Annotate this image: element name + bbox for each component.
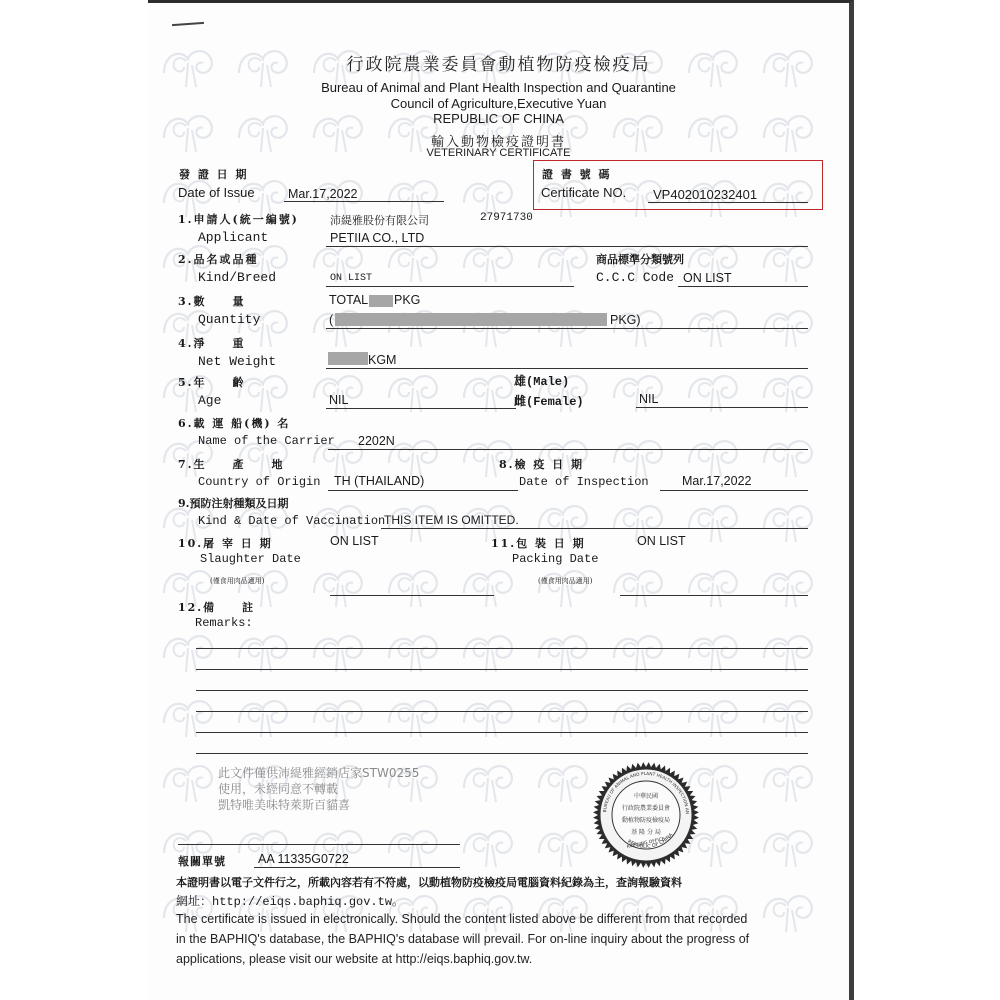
watermark-motif	[760, 888, 818, 934]
watermark-motif	[760, 823, 818, 869]
watermark-motif	[685, 563, 743, 609]
svg-text:基 隆 分 局: 基 隆 分 局	[631, 828, 661, 836]
slaughter-note: (僅食用肉品適用)	[210, 576, 264, 586]
underline	[326, 246, 808, 247]
distributor-note: 此文件僅供沛緹雅經銷店家STW0255 使用，未經同意不轉載 凱特唯美味特萊斯百…	[218, 765, 419, 813]
vaccination-value: THIS ITEM IS OMITTED.	[384, 513, 519, 527]
packing-value: ON LIST	[637, 534, 686, 548]
footer-notice-en-2: in the BAPHIQ's database, the BAPHIQ's d…	[176, 929, 749, 949]
certificate-number-label: Certificate NO.	[541, 185, 626, 200]
underline	[328, 490, 518, 491]
certificate-title-en: VETERINARY CERTIFICATE	[148, 147, 849, 159]
packing-label: Packing Date	[512, 552, 598, 566]
watermark-motif	[310, 563, 368, 609]
watermark-motif	[760, 433, 818, 479]
remarks-line	[196, 753, 808, 754]
distributor-note-line: 使用，未經同意不轉載	[218, 781, 419, 797]
applicant-name-zh: 沛緹雅股份有限公司	[330, 212, 429, 228]
quantity-label-zh: 3.數 量	[178, 293, 245, 309]
certificate-number-label-zh: 證 書 號 碼	[542, 166, 612, 182]
underline	[620, 595, 808, 596]
remarks-line	[196, 711, 808, 712]
packing-note: (僅食用肉品適用)	[538, 576, 592, 586]
watermark-motif	[310, 303, 368, 349]
ccc-label: C.C.C Code	[596, 270, 674, 285]
inspection-value: Mar.17,2022	[682, 474, 752, 488]
watermark-motif	[760, 758, 818, 804]
redacted-block	[335, 313, 607, 326]
watermark-motif	[610, 433, 668, 479]
footer-notice-en-1: The certificate is issued in electronica…	[176, 909, 747, 929]
watermark-motif	[685, 433, 743, 479]
watermark-motif	[535, 238, 593, 284]
applicant-tax-id: 27971730	[480, 212, 533, 224]
net-weight-label: Net Weight	[198, 354, 276, 369]
watermark-motif	[610, 628, 668, 674]
footer-notice-zh: 本證明書以電子文件行之，所載內容若有不符處，以動植物防疫檢疫局電腦資料紀錄為主，…	[176, 874, 682, 890]
age-label: Age	[198, 393, 221, 408]
male-label: 雄(Male)	[514, 372, 569, 389]
packing-label-zh: 11.包 裝 日 期	[491, 535, 586, 551]
watermark-motif	[310, 628, 368, 674]
vaccination-label: Kind & Date of Vaccination	[198, 514, 385, 528]
watermark-motif	[160, 628, 218, 674]
agency-title-zh: 行政院農業委員會動植物防疫檢疫局	[148, 50, 849, 75]
underline	[326, 328, 808, 329]
svg-text:動植物防疫檢疫局: 動植物防疫檢疫局	[622, 816, 670, 824]
watermark-motif	[760, 238, 818, 284]
watermark-motif	[760, 303, 818, 349]
remarks-line	[196, 690, 808, 691]
watermark-motif	[460, 303, 518, 349]
watermark-motif	[535, 823, 593, 869]
origin-label: Country of Origin	[198, 475, 320, 489]
origin-value: TH (THAILAND)	[334, 474, 424, 488]
watermark-motif	[760, 498, 818, 544]
applicant-label: Applicant	[198, 230, 268, 245]
divider	[178, 844, 460, 845]
watermark-motif	[385, 628, 443, 674]
watermark-motif	[385, 303, 443, 349]
remarks-line	[196, 669, 808, 670]
quantity-detail-suffix: PKG)	[610, 313, 641, 327]
distributor-note-line: 凱特唯美味特萊斯百貓喜	[218, 797, 419, 813]
agency-title-en: Bureau of Animal and Plant Health Inspec…	[148, 80, 849, 95]
date-of-issue-value: Mar.17,2022	[288, 187, 358, 201]
remarks-line	[196, 732, 808, 733]
customs-number-value: AA 11335G0722	[258, 852, 349, 866]
ccc-value: ON LIST	[683, 271, 732, 285]
underline	[328, 449, 808, 450]
quantity-total-prefix: TOTAL:	[329, 293, 372, 307]
sex-value: NIL	[639, 392, 658, 406]
watermark-motif	[460, 823, 518, 869]
footer-notice-en-3: applications, please visit our website a…	[176, 949, 532, 969]
quantity-label: Quantity	[198, 312, 260, 327]
watermark-motif	[235, 628, 293, 674]
inspection-label: Date of Inspection	[519, 475, 649, 489]
age-label-zh: 5.年 齡	[178, 374, 245, 390]
watermark-motif	[460, 628, 518, 674]
age-value: NIL	[329, 393, 348, 407]
inspection-label-zh: 8.檢 疫 日 期	[499, 456, 584, 472]
underline	[284, 201, 444, 202]
watermark-motif	[535, 563, 593, 609]
origin-label-zh: 7.生 產 地	[178, 456, 284, 472]
underline	[648, 202, 808, 203]
watermark-motif	[460, 758, 518, 804]
net-weight-suffix: KGM	[368, 353, 396, 367]
remarks-label-zh: 12.備 註	[178, 599, 255, 615]
slaughter-label: Slaughter Date	[200, 552, 301, 566]
svg-text:行政院農業委員會: 行政院農業委員會	[622, 804, 670, 812]
underline	[660, 490, 808, 491]
underline	[678, 286, 808, 287]
date-of-issue-label: Date of Issue	[178, 185, 255, 200]
date-of-issue-label-zh: 發 證 日 期	[179, 166, 249, 182]
watermark-motif	[535, 758, 593, 804]
carrier-value: 2202N	[358, 434, 395, 448]
underline	[254, 867, 460, 868]
vaccination-label-zh: 9.預防注射種類及日期	[178, 495, 288, 511]
watermark-motif	[610, 563, 668, 609]
carrier-label: Name of the Carrier	[198, 434, 335, 448]
slaughter-value: ON LIST	[330, 534, 379, 548]
certificate-number-value: VP402010232401	[653, 187, 757, 202]
quantity-total-suffix: PKG	[394, 293, 420, 307]
female-label: 雌(Female)	[514, 392, 584, 409]
underline	[330, 595, 494, 596]
watermark-motif	[685, 498, 743, 544]
underline	[326, 408, 516, 409]
redacted-block	[369, 295, 393, 307]
kind-value: ON LIST	[330, 273, 372, 284]
watermark-motif	[535, 303, 593, 349]
remarks-line	[196, 648, 808, 649]
quantity-detail-prefix: (	[329, 313, 333, 327]
watermark-motif	[385, 823, 443, 869]
underline	[326, 368, 808, 369]
svg-text:中華民國: 中華民國	[634, 792, 658, 800]
watermark-motif	[760, 563, 818, 609]
watermark-motif	[685, 628, 743, 674]
kind-label-zh: 2.品名或品種	[178, 251, 258, 267]
underline	[326, 286, 574, 287]
country-title: REPUBLIC OF CHINA	[148, 111, 849, 126]
footer-website-zh: 網址：http://eiqs.baphiq.gov.tw。	[176, 892, 404, 909]
scan-mark	[172, 22, 204, 26]
customs-number-label: 報關單號	[178, 853, 226, 869]
slaughter-label-zh: 10.屠 宰 日 期	[178, 535, 273, 551]
watermark-motif	[685, 303, 743, 349]
redacted-block	[328, 352, 368, 365]
underline	[636, 407, 808, 408]
applicant-name-en: PETIIA CO., LTD	[330, 231, 424, 245]
net-weight-label-zh: 4.淨 重	[178, 335, 245, 351]
kind-label: Kind/Breed	[198, 270, 276, 285]
watermark-motif	[160, 758, 218, 804]
applicant-label-zh: 1.申請人(統一編號)	[178, 211, 299, 227]
ccc-label-zh: 商品標準分類號列	[596, 251, 684, 267]
council-title: Council of Agriculture,Executive Yuan	[148, 96, 849, 111]
remarks-label: Remarks:	[195, 616, 253, 630]
watermark-motif	[460, 563, 518, 609]
watermark-motif	[535, 628, 593, 674]
carrier-label-zh: 6.載 運 船(機) 名	[178, 415, 290, 431]
watermark-motif	[385, 563, 443, 609]
underline	[381, 528, 808, 529]
watermark-motif	[760, 628, 818, 674]
watermark-motif	[460, 238, 518, 284]
distributor-note-line: 此文件僅供沛緹雅經銷店家STW0255	[218, 765, 419, 781]
official-seal-stamp: BUREAU OF ANIMAL AND PLANT HEALTH INSPEC…	[591, 760, 701, 870]
veterinary-certificate-page: 行政院農業委員會動植物防疫檢疫局 Bureau of Animal and Pl…	[148, 0, 854, 1000]
